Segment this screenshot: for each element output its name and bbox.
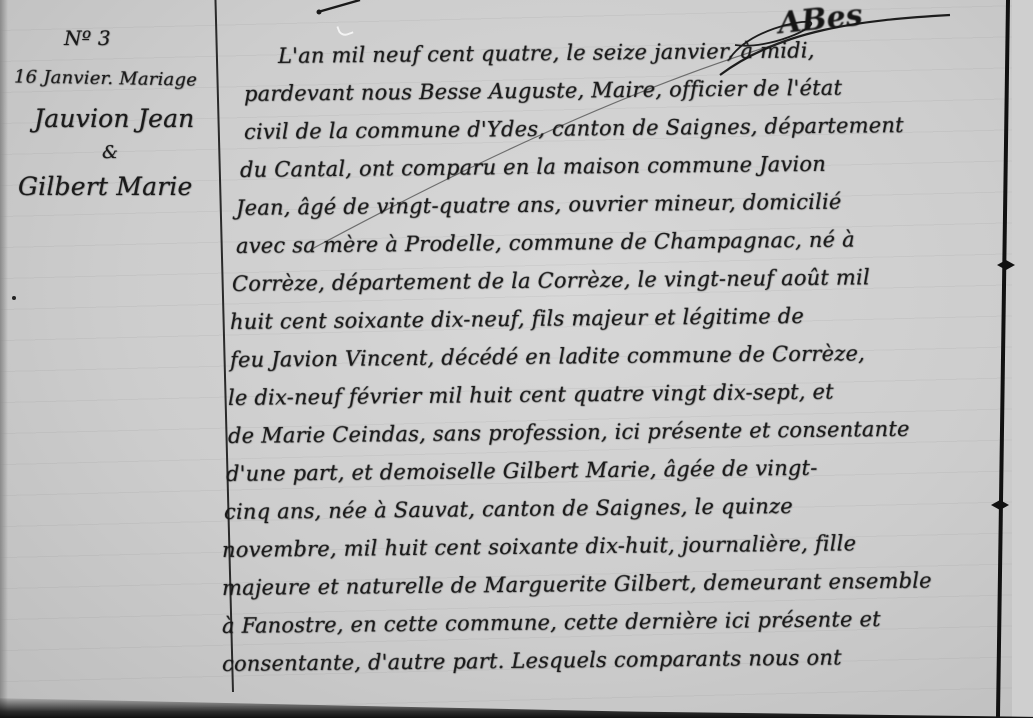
body-line-8: huit cent soixante dix-neuf, fils majeur… [230,304,804,334]
body-line-4: du Cantal, ont comparu en la maison comm… [240,152,826,182]
record-number: Nº 3 [64,26,111,50]
body-line-9: feu Javion Vincent, décédé en ladite com… [230,341,865,372]
body-line-1: L'an mil neuf cent quatre, le seize janv… [278,38,815,68]
groom-name: Jauvion Jean [34,104,194,133]
border-marker-diamond [991,500,1009,510]
bride-name: Gilbert Marie [18,172,193,201]
page-edge-shadow [0,0,8,718]
right-border-line-lower [996,358,1005,718]
body-line-6: avec sa mère à Prodelle, commune de Cham… [236,228,855,258]
record-date-type: 16 Janvier. Mariage [14,66,197,90]
body-line-17: consentante, d'autre part. Lesquels comp… [222,646,842,676]
body-line-13: cinq ans, née à Sauvat, canton de Saigne… [224,494,793,524]
scan-artifact [336,22,353,38]
top-stroke [300,0,380,20]
body-line-14: novembre, mil huit cent soixante dix-hui… [222,531,856,562]
page-right-strip [1012,0,1033,718]
ampersand: & [102,142,118,163]
body-line-3: civil de la commune d'Ydes, canton de Sa… [244,113,904,144]
register-page: Nº 3 16 Janvier. Mariage Jauvion Jean & … [0,0,1033,718]
page-bottom-shadow [0,696,1033,718]
body-line-15: majeure et naturelle de Marguerite Gilbe… [222,569,932,600]
body-line-5: Jean, âgé de vingt-quatre ans, ouvrier m… [236,190,842,220]
body-line-16: à Fanostre, en cette commune, cette dern… [222,607,881,638]
body-line-7: Corrèze, département de la Corrèze, le v… [232,265,870,296]
body-line-11: de Marie Ceindas, sans profession, ici p… [228,417,910,448]
body-line-12: d'une part, et demoiselle Gilbert Marie,… [226,456,818,486]
ink-speck [12,296,16,300]
body-line-10: le dix-neuf février mil huit cent quatre… [228,380,834,410]
